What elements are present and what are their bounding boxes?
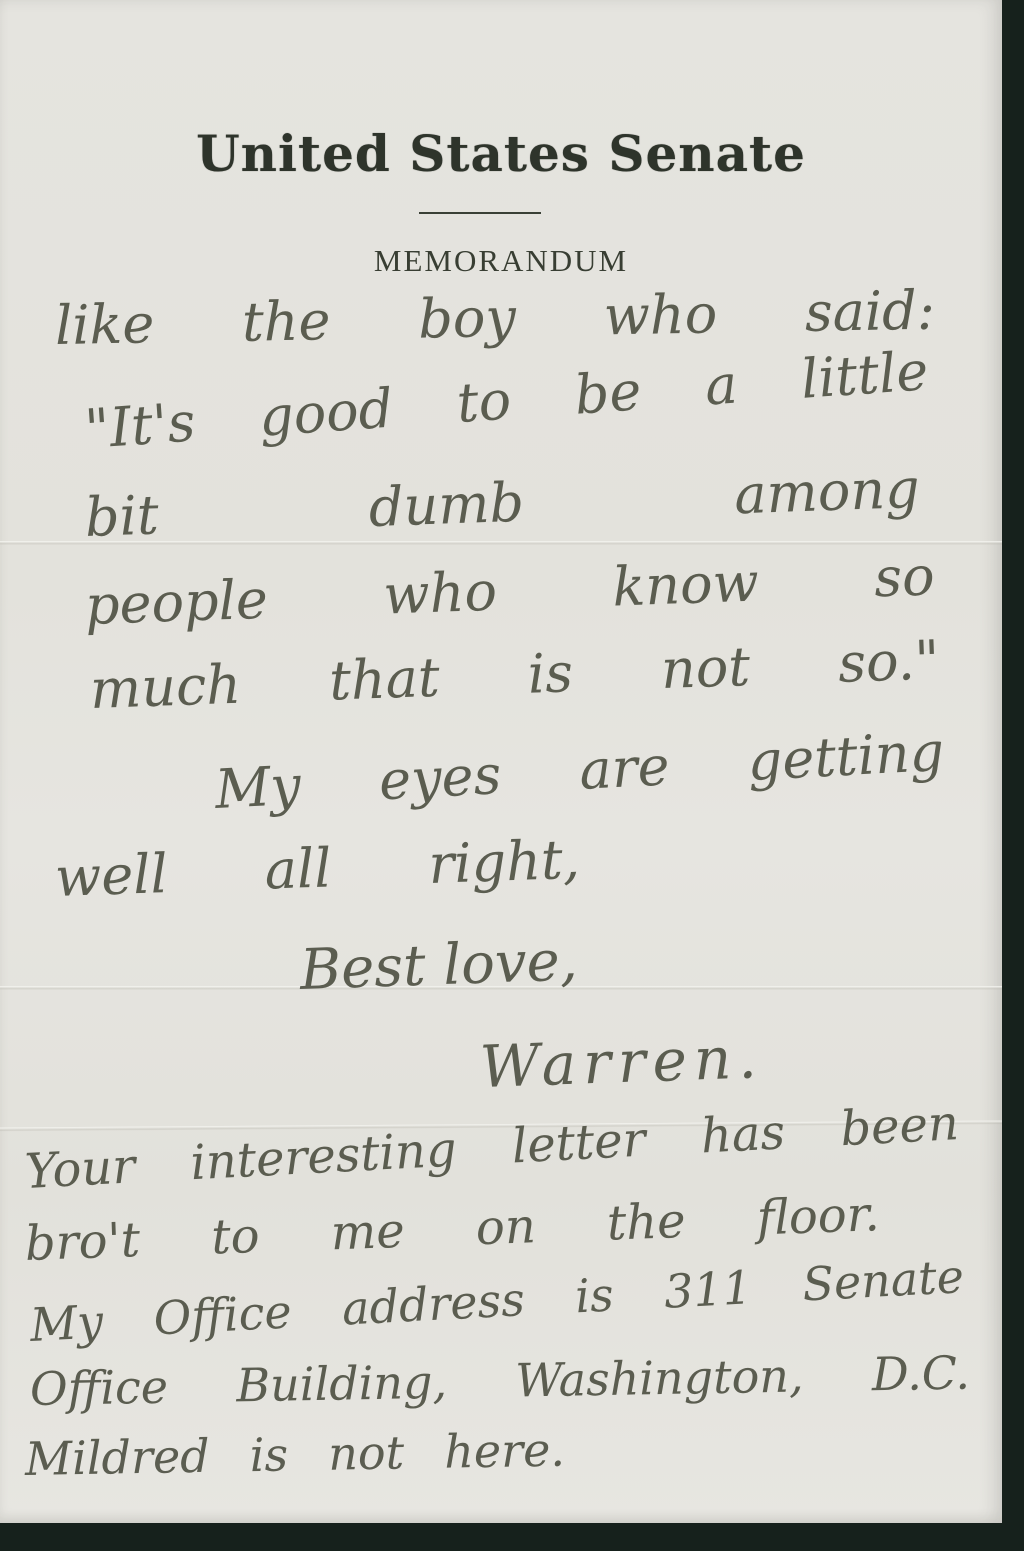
memo-paper: United States Senate MEMORANDUM like the… bbox=[0, 0, 1002, 1523]
valediction: Best love, bbox=[299, 931, 571, 1002]
letterhead-divider bbox=[419, 212, 541, 214]
handwriting-line: well all right, bbox=[54, 830, 581, 908]
handwriting-line: much that is not so." bbox=[89, 630, 941, 719]
scanned-letter-page: United States Senate MEMORANDUM like the… bbox=[0, 0, 1024, 1551]
handwriting-line: like the boy who said: bbox=[54, 281, 935, 356]
letterhead-title: United States Senate bbox=[0, 124, 1002, 183]
letterhead-subtitle: MEMORANDUM bbox=[0, 243, 1002, 279]
postscript-line: bro't to me on the floor. bbox=[24, 1188, 880, 1271]
scan-background-strip bbox=[0, 1523, 1024, 1551]
signature: Warren. bbox=[479, 1026, 765, 1100]
scan-background-strip bbox=[1002, 0, 1024, 1551]
handwriting-line: "It's good to be a little bbox=[83, 341, 930, 459]
handwriting-line: My eyes are getting bbox=[213, 722, 945, 820]
handwriting-line: bit dumb among bbox=[84, 459, 921, 547]
handwriting-line: people who know so bbox=[84, 546, 936, 635]
postscript-line: Office Building, Washington, D.C. bbox=[30, 1348, 971, 1415]
postscript-line: Your interesting letter has been bbox=[24, 1097, 960, 1199]
postscript-line: Mildred is not here. bbox=[25, 1425, 566, 1485]
